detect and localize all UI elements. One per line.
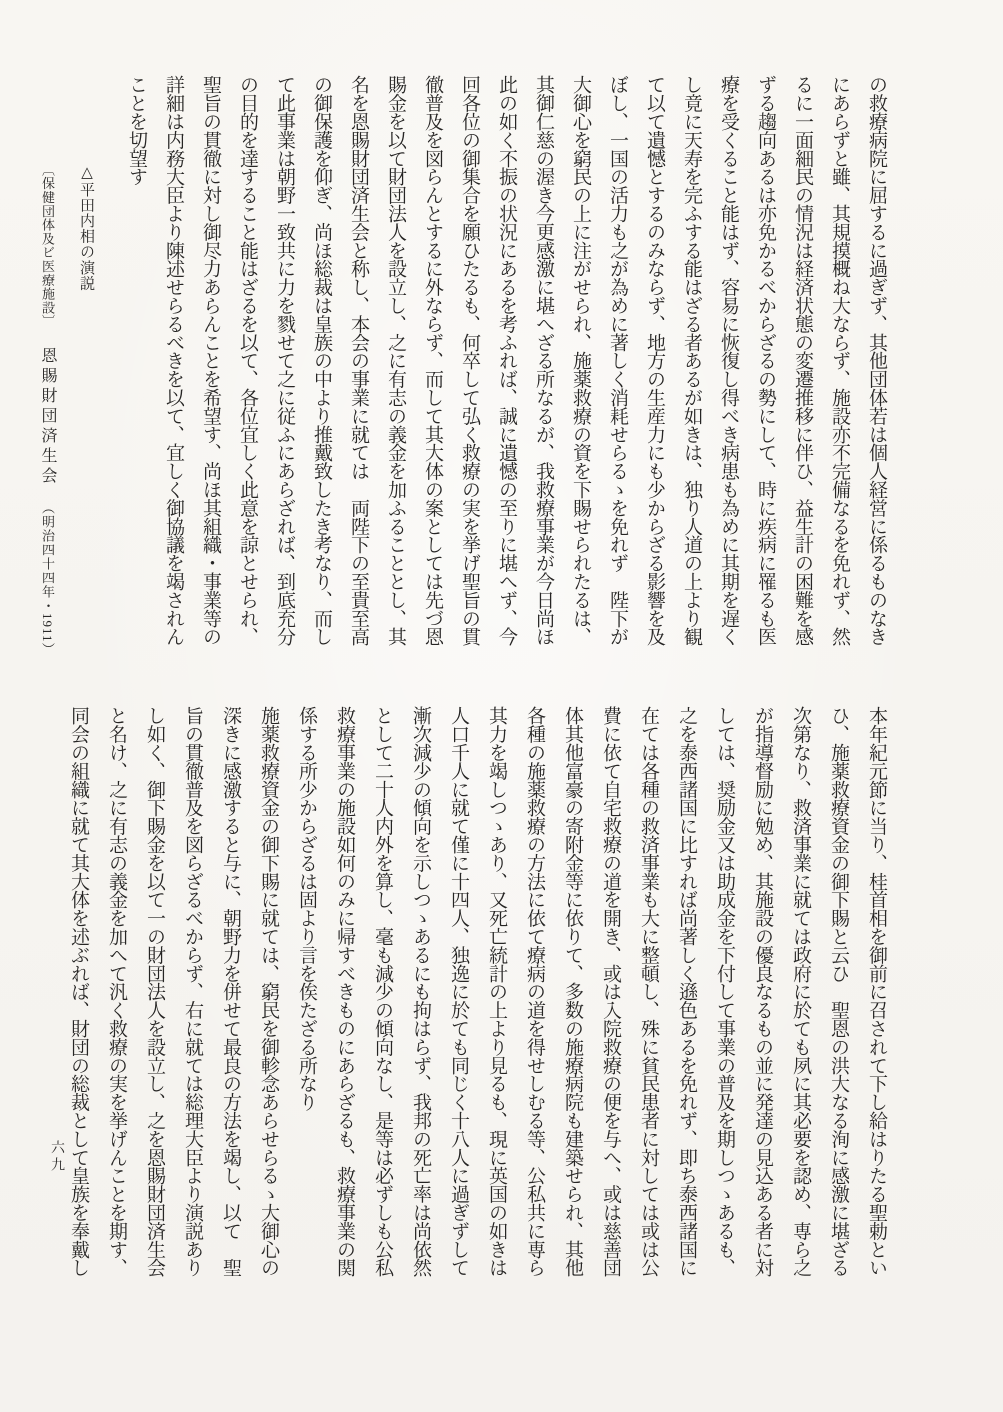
text-column: し如く、御下賜金を以て一の財団法人を設立し、之を恩賜財団済生会: [135, 706, 173, 1291]
text-column: の御保護を仰ぎ、尚ほ総裁は皇族の中より推戴致したき考なり、而し: [303, 75, 340, 660]
text-column: 此の如く不振の状況にあるを考ふれば、誠に遺憾の至りに堪へず、今: [488, 75, 525, 660]
text-column: て以て遺憾とするのみならず、地方の生産力にも少からざる影響を及: [636, 75, 673, 660]
text-column: 其力を竭しつゝあり、又死亡統計の上より見るも、現に英国の如きは: [477, 706, 515, 1291]
text-column: 徹普及を図らんとするに外ならず、而して其大体の案としては先づ恩: [414, 75, 451, 660]
text-column: 在ては各種の救済事業も大に整頓し、殊に貧民患者に対しては或は公: [629, 706, 667, 1291]
text-column: 大御心を窮民の上に注がせられ、施薬救療の資を下賜せられたるは、: [562, 75, 599, 660]
text-column: しては、奨励金又は助成金を下付して事業の普及を期しつゝあるも、: [705, 706, 743, 1291]
text-column: の目的を達すること能はざるを以て、各位宜しく此意を諒とせられ、: [229, 75, 266, 660]
text-column: 旨の貫徹普及を図らざるべからず、右に就ては総理大臣より演説あり: [173, 706, 211, 1291]
text-column: 体其他富豪の寄附金等に依りて、多数の施療病院も建築せられ、其他: [553, 706, 591, 1291]
page-number: 六九: [46, 1140, 66, 1174]
bottom-text-block: 本年紀元節に当り、桂首相を御前に召されて下し給はりたる聖勅といひ、施薬救療資金の…: [59, 706, 895, 1291]
text-column: ひ、施薬救療資金の御下賜と云ひ 聖恩の洪大なる洵に感激に堪ざる: [819, 706, 857, 1291]
speech-title: △平田内相の演説: [62, 163, 110, 703]
text-column: 施薬救療資金の御下賜に就ては、窮民を御軫念あらせらるゝ大御心の: [249, 706, 287, 1291]
text-column: 其御仁慈の渥き今更感激に堪へざる所なるが、我救療事業が今日尚ほ: [525, 75, 562, 660]
text-column: 係する所少からざるは固より言を俟たざる所なり: [287, 706, 325, 1291]
text-column: 深きに感激すると与に、朝野力を併せて最良の方法を竭し、以て 聖: [211, 706, 249, 1291]
text-column: 各種の施薬救療の方法に依て療病の道を得せしむる等、公私共に専ら: [515, 706, 553, 1291]
text-column: 回各位の御集合を願ひたるも、何卒して弘く救療の実を挙げ聖旨の貫: [451, 75, 488, 660]
date-label: （明治四十四年・1911）: [40, 490, 55, 657]
text-column: し竟に天寿を完ふする能はざる者あるが如きは、独り人道の上より観: [673, 75, 710, 660]
text-column: 本年紀元節に当り、桂首相を御前に召されて下し給はりたる聖勅とい: [857, 706, 895, 1291]
text-column: 詳細は内務大臣より陳述せらるべきを以て、宜しく御協議を竭されん: [155, 75, 192, 660]
text-column: ずる趨向あるは亦免かるべからざるの勢にして、時に疾病に罹るも医: [747, 75, 784, 660]
text-column: ぼし、一国の活力も之が為めに著しく消耗せらるゝを免れず 陛下が: [599, 75, 636, 660]
organization-name: 恩賜財団済生会: [39, 332, 56, 487]
text-column: と名け、之に有志の義金を加へて汎く救療の実を挙げんことを期す、: [97, 706, 135, 1291]
text-column: 同会の組織に就て其大体を述ぶれば、財団の総裁として皇族を奉戴し: [59, 706, 97, 1291]
section-heading: △平田内相の演説 〔保健団体及ビ医療施設〕 恩賜財団済生会 （明治四十四年・19…: [24, 163, 110, 703]
text-column: 次第なり、救済事業に就ては政府に於ても夙に其必要を認め、専ら之: [781, 706, 819, 1291]
section-subtitle: 〔保健団体及ビ医療施設〕 恩賜財団済生会 （明治四十四年・1911）: [32, 163, 62, 703]
top-text-block: の救療病院に屈するに過ぎず、其他団体若は個人経営に係るものなきにあらずと雖、其規…: [118, 75, 895, 660]
text-column: 聖旨の貫徹に対し御尽力あらんことを希望す、尚ほ其組織・事業等の: [192, 75, 229, 660]
text-column: 療を受くること能はず、容易に恢復し得べき病患も為めに其期を遅く: [710, 75, 747, 660]
document-page: の救療病院に屈するに過ぎず、其他団体若は個人経営に係るものなきにあらずと雖、其規…: [0, 0, 1003, 1412]
text-column: が指導督励に勉め、其施設の優良なるもの並に発達の見込ある者に対: [743, 706, 781, 1291]
text-column: ことを切望す: [118, 75, 155, 660]
text-column: て此事業は朝野一致共に力を戮せて之に従ふにあらざれば、到底充分: [266, 75, 303, 660]
category-label: 〔保健団体及ビ医療施設〕: [40, 163, 55, 329]
text-column: 費に依て自宅救療の道を開き、或は入院救療の便を与へ、或は慈善団: [591, 706, 629, 1291]
text-column: 名を恩賜財団済生会と称し、本会の事業に就ては 両陛下の至貴至高: [340, 75, 377, 660]
text-column: 漸次減少の傾向を示しつゝあるにも拘はらず、我邦の死亡率は尚依然: [401, 706, 439, 1291]
text-column: 賜金を以て財団法人を設立し、之に有志の義金を加ふることとし、其: [377, 75, 414, 660]
text-column: 人口千人に就て僅に十四人、独逸に於ても同じく十八人に過ぎずして: [439, 706, 477, 1291]
text-column: の救療病院に屈するに過ぎず、其他団体若は個人経営に係るものなき: [858, 75, 895, 660]
text-column: 之を泰西諸国に比すれば尚著しく遜色あるを免れず、即ち泰西諸国に: [667, 706, 705, 1291]
text-column: にあらずと雖、其規摸概ね大ならず、施設亦不完備なるを免れず、然: [821, 75, 858, 660]
text-column: 救療事業の施設如何のみに帰すべきものにあらざるも、救療事業の関: [325, 706, 363, 1291]
text-column: るに一面細民の情況は経済状態の変遷推移に伴ひ、益生計の困難を感: [784, 75, 821, 660]
text-column: として二十人内外を算し、毫も減少の傾向なし、是等は必ずしも公私: [363, 706, 401, 1291]
